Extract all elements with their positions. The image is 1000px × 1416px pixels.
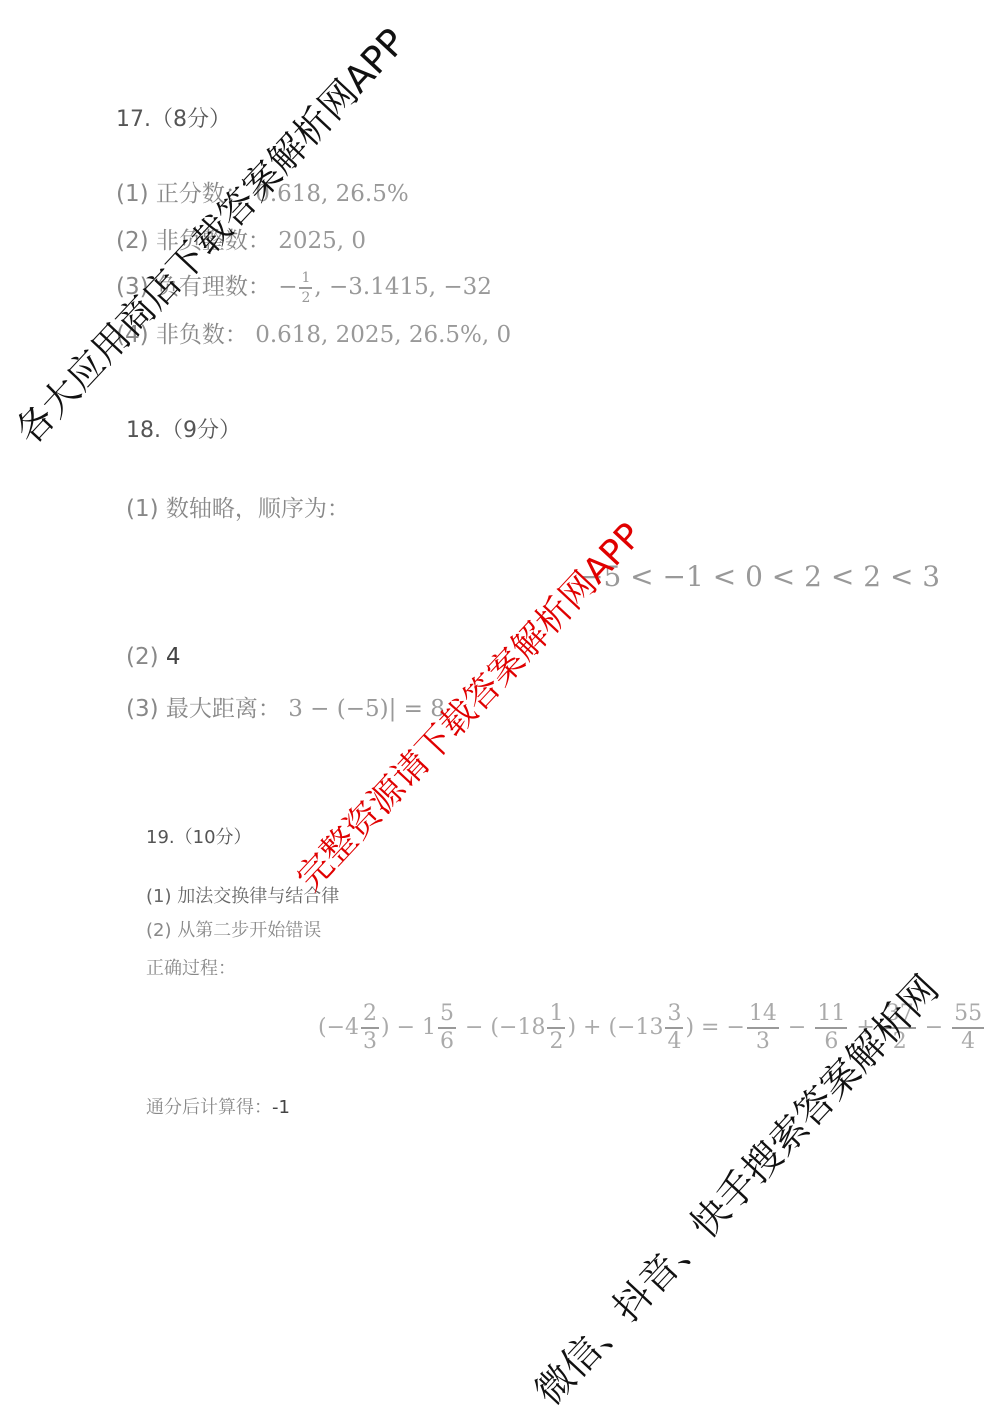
q19-title: 19.（10分）	[146, 823, 252, 849]
fraction: 56	[438, 1003, 456, 1053]
q18-order: −5 < −1 < 0 < 2 < 2 < 3	[580, 560, 940, 593]
q17-item-3-prefix: −	[278, 274, 297, 300]
fraction: 23	[361, 1003, 379, 1053]
q18-title: 18.（9分）	[126, 413, 241, 444]
q17-item-4: (4) 非负数： 0.618, 2025, 26.5%, 0	[116, 316, 511, 349]
q17-item-3-suffix: , −3.1415, −32	[314, 274, 492, 300]
fraction: 12	[299, 271, 312, 305]
q18-item-1-label: (1) 数轴略，顺序为：	[126, 490, 350, 523]
fraction: 554	[952, 1003, 984, 1053]
q18-item-3: (3) 最大距离： 3 − (−5)| = 8	[126, 690, 445, 723]
q19-item-3: 正确过程：	[146, 954, 236, 980]
fraction: 34	[665, 1003, 683, 1053]
q17-item-4-value: 0.618, 2025, 26.5%, 0	[255, 322, 511, 348]
q17-title: 17.（8分）	[116, 102, 231, 133]
q19-item-2: (2) 从第二步开始错误	[146, 916, 321, 942]
fraction: 143	[747, 1003, 779, 1053]
q19-result: 通分后计算得：-1	[146, 1093, 290, 1119]
q19-result-value: -1	[272, 1097, 290, 1118]
q17-item-2-value: 2025, 0	[278, 228, 366, 254]
q18-item-2-value: 4	[166, 644, 181, 670]
q18-item-2: (2) 4	[126, 644, 181, 670]
fraction: 12	[547, 1003, 565, 1053]
